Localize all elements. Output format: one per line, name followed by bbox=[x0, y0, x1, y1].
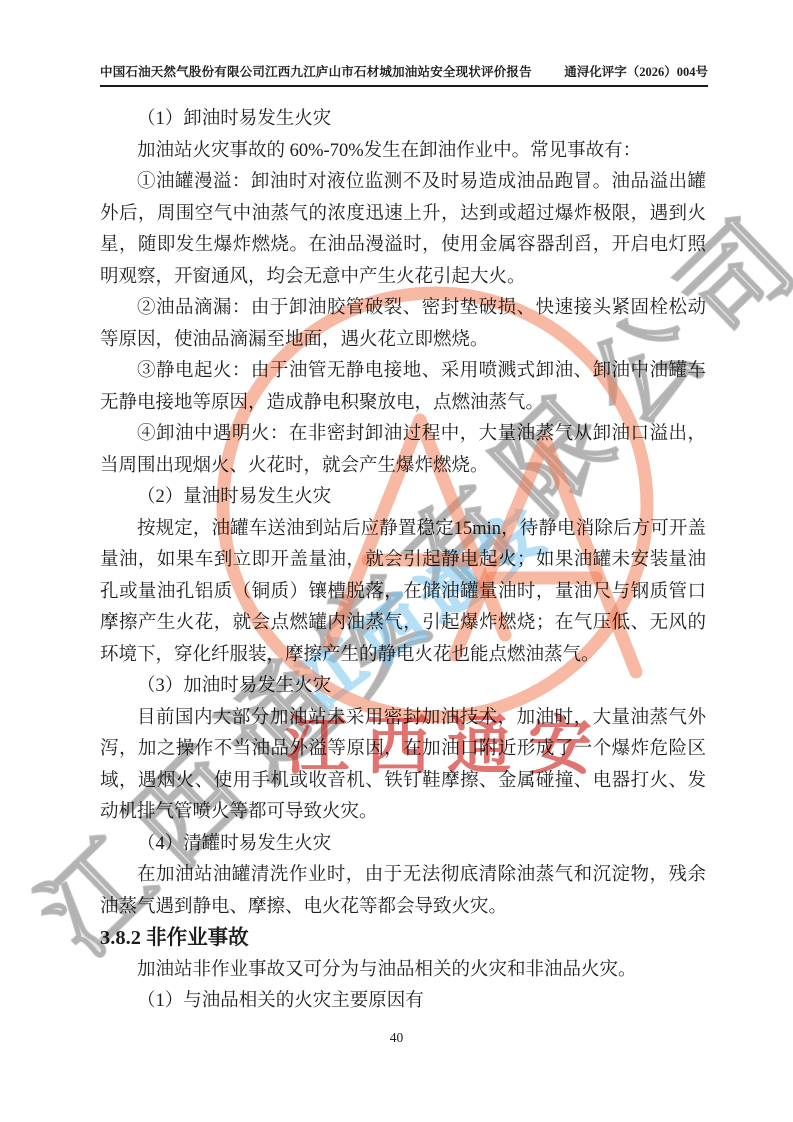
paragraph-subheading: （3）加油时易发生火灾 bbox=[100, 671, 706, 703]
document-body: （1）卸油时易发生火灾加油站火灾事故的 60%-70%发生在卸油作业中。常见事故… bbox=[100, 104, 706, 1018]
paragraph-para: ④卸油中遇明火：在非密封卸油过程中，大量油蒸气从卸油口溢出，当周围出现烟火、火花… bbox=[100, 419, 706, 482]
paragraph-subheading: （4）清罐时易发生火灾 bbox=[100, 829, 706, 861]
paragraph-para: 目前国内大部分加油站未采用密封加油技术，加油时，大量油蒸气外泻，加之操作不当油品… bbox=[100, 703, 706, 829]
paragraph-para: 在加油站油罐清洗作业时，由于无法彻底清除油蒸气和沉淀物，残余油蒸气遇到静电、摩擦… bbox=[100, 860, 706, 923]
paragraph-heading: 3.8.2 非作业事故 bbox=[100, 923, 706, 955]
paragraph-para: 加油站火灾事故的 60%-70%发生在卸油作业中。常见事故有： bbox=[100, 136, 706, 168]
page-header: 中国石油天然气股份有限公司江西九江庐山市石材城加油站安全现状评价报告 通浔化评字… bbox=[100, 62, 708, 87]
paragraph-para: ③静电起火：由于油管无静电接地、采用喷溅式卸油、卸油中油罐车无静电接地等原因，造… bbox=[100, 356, 706, 419]
document-page: 中国石油天然气股份有限公司江西九江庐山市石材城加油站安全现状评价报告 通浔化评字… bbox=[0, 0, 793, 1122]
paragraph-para: 加油站非作业事故又可分为与油品相关的火灾和非油品火灾。 bbox=[100, 955, 706, 987]
paragraph-subheading: （2）量油时易发生火灾 bbox=[100, 482, 706, 514]
page-number: 40 bbox=[0, 1030, 793, 1046]
paragraph-para: 按规定，油罐车送油到站后应静置稳定15min，待静电消除后方可开盖量油，如果车到… bbox=[100, 514, 706, 672]
paragraph-para: ①油罐漫溢：卸油时对液位监测不及时易造成油品跑冒。油品溢出罐外后，周围空气中油蒸… bbox=[100, 167, 706, 293]
header-document-number: 通浔化评字（2026）004号 bbox=[564, 62, 708, 80]
header-report-title: 中国石油天然气股份有限公司江西九江庐山市石材城加油站安全现状评价报告 bbox=[100, 62, 532, 80]
paragraph-subheading: （1）与油品相关的火灾主要原因有 bbox=[100, 986, 706, 1018]
paragraph-para: ②油品滴漏：由于卸油胶管破裂、密封垫破损、快速接头紧固栓松动等原因，使油品滴漏至… bbox=[100, 293, 706, 356]
paragraph-subheading: （1）卸油时易发生火灾 bbox=[100, 104, 706, 136]
